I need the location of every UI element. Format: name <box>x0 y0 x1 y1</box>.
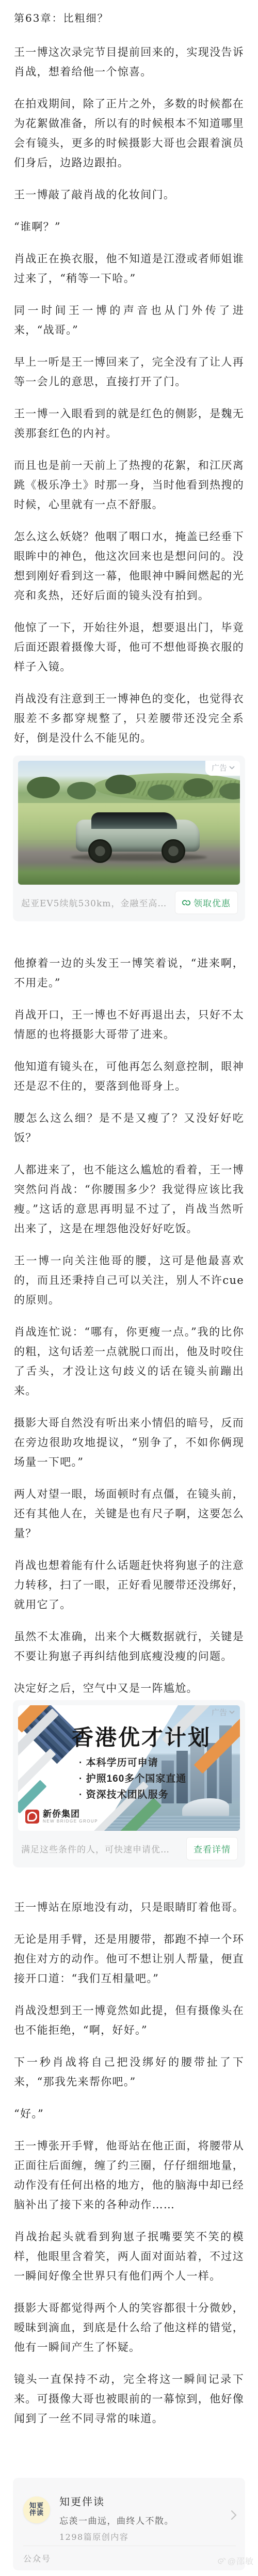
brand-name-en: NEW BRIDGE GROUP <box>43 1819 98 1824</box>
paragraph: “好。” <box>14 2104 244 2124</box>
watermark-swirl-icon <box>217 2557 226 2565</box>
story-block-a: 第63章：比粗细？ 王一博这次录完节目提前回来的，实现没告诉肖战，想着给他一个惊… <box>14 8 244 748</box>
chevron-down-icon <box>229 766 235 769</box>
paragraph: 王一博张开手臂，他哥站在他正面，将腰带从正面往后面缠，缠了约三圈，仔仔细细地量，… <box>14 2136 244 2214</box>
paragraph: 在拍戏期间，除了正片之外，多数的时候都在为花絮做准备，所以有的时候根本不知道哪里… <box>14 94 244 172</box>
paragraph: 肖战没想到王一博竟然如此提，但有摄像头在也不能拒绝，“啊，好好。” <box>14 2001 244 2040</box>
paragraph: 王一博敲了敲肖战的化妆间门。 <box>14 185 244 205</box>
divider <box>23 2546 236 2546</box>
chevron-right-icon[interactable] <box>231 2510 237 2520</box>
ad-label[interactable]: 广告 <box>205 1705 240 1720</box>
paragraph: 早上一听是王一博回来了，完全没有了让人再等一会儿的意思，直接打开了门。 <box>14 352 244 391</box>
account-avatar: 知更 伴读 <box>23 2496 50 2523</box>
paragraph: 他撩着一边的头发王一博笑着说，“进来啊，不用走。” <box>14 953 244 993</box>
paragraph: 他惊了一下，开始往外退，想要退出门，毕竟后面还跟着摄像大哥，他可不想他哥换衣服的… <box>14 618 244 677</box>
account-type-label: 公众号 <box>23 2552 51 2564</box>
get-coupon-label: 领取优惠 <box>193 896 231 909</box>
paragraph: 肖战也想着能有什么话题赶快将狗崽子的注意力转移，扫了一眼，正好看见腰带还没绑好，… <box>14 1556 244 1614</box>
account-description: 忘羡一曲远，曲终人不散。 <box>59 2514 236 2526</box>
account-name: 知更伴读 <box>59 2493 236 2508</box>
brand-logo: 新侨集团 NEW BRIDGE GROUP <box>25 1810 98 1824</box>
link-loop-icon <box>182 899 190 907</box>
paragraph: 决定好之后，空气中又是一阵尴尬。 <box>14 1678 244 1698</box>
paragraph: 同一时间王一博的声音也从门外传了进来，“战哥。” <box>14 301 244 340</box>
suv-car-graphic <box>76 810 200 857</box>
paragraph: 肖战连忙说：“哪有，你更瘦一点。”我的比你的粗，这句话差一点就脱口而出，他及时咬… <box>14 1322 244 1401</box>
paragraph-list: 王一博这次录完节目提前回来的，实现没告诉肖战，想着给他一个惊喜。在拍戏期间，除了… <box>14 42 244 748</box>
ad-hk-bullets: · 本科学历可申请· 护照160多个国家直通· 资深技术团队服务 <box>79 1755 186 1803</box>
paragraph-list: 他撩着一边的头发王一博笑着说，“进来啊，不用走。”肖战开口，王一博也不好再退出去… <box>14 953 244 1698</box>
ad-caption[interactable]: 满足这些条件的人，可快速申请优才… <box>21 1842 176 1855</box>
paragraph: 而且也是前一天前上了热搜的花絮，和江厌离跳《极乐净土》时那一身，当时他看到热搜的… <box>14 455 244 514</box>
bullet-item: · 资深技术团队服务 <box>79 1787 186 1803</box>
paragraph: 肖战正在换衣服，他不知道是江澄或者师姐谁过来了，“稍等一下哈。” <box>14 249 244 288</box>
chevron-down-icon <box>229 1710 235 1714</box>
ad-label-text: 广告 <box>212 1707 227 1718</box>
chapter-title: 第63章：比粗细？ <box>14 8 244 28</box>
ad-caption[interactable]: 起亚EV5续航530km，金融至高贴息… <box>21 896 175 909</box>
paragraph: 怎么这么妖娆？他咽了咽口水，掩盖已经垂下眼眸中的神色，他这次回来也是想问问的。没… <box>14 527 244 605</box>
view-details-label: 查看详情 <box>193 1842 231 1855</box>
ad-hk-title: 香港优才计划 <box>72 1721 211 1752</box>
paragraph: 镜头一直保持不动，完全将这一瞬间记录下来。可摄像大哥也被眼前的一幕惊到，他好像闻… <box>14 2369 244 2428</box>
paragraph: 两人对望一眼，场面顿时有点僵，在镜头前，还有其他人在，关键是也有尺子啊，这要怎么… <box>14 1484 244 1543</box>
paragraph: 无论是用手臂，还是用腰带，都跑不掉一个环抱住对方的动作。他可不想让别人帮量，便直… <box>14 1929 244 1988</box>
ad-hk-image[interactable]: 香港优才计划 · 本科学历可申请· 护照160多个国家直通· 资深技术团队服务 … <box>18 1705 240 1831</box>
paragraph: 下一秒肖战将自己把没绑好的腰带扯了下来，“那我先来帮你吧。” <box>14 2052 244 2092</box>
paragraph: 王一博一入眼看到的就是红色的侧影，是魏无羡那套红色的内衬。 <box>14 404 244 443</box>
paragraph: 王一博这次录完节目提前回来的，实现没告诉肖战，想着给他一个惊喜。 <box>14 42 244 82</box>
story-block-c: 王一博站在原地没有动，只是眼睛盯着他哥。无论是用手臂，还是用腰带，都跑不掉一个环… <box>14 1897 244 2428</box>
paragraph: 肖战没有注意到王一博神色的变化，也觉得衣服差不多都穿规整了，只差腰带还没完全系好… <box>14 689 244 748</box>
ad-label-text: 广告 <box>212 762 227 773</box>
ad-card-hongkong[interactable]: 香港优才计划 · 本科学历可申请· 护照160多个国家直通· 资深技术团队服务 … <box>13 1700 245 1867</box>
brand-name: 新侨集团 <box>43 1810 98 1819</box>
weibo-watermark: @邵敏 <box>217 2555 254 2567</box>
vineyard-graphic <box>118 780 240 798</box>
reader-page: { "chapter": { "title": "第63章：比粗细？" }, "… <box>0 0 258 2576</box>
ad-kia-image[interactable]: 广告 <box>18 761 240 885</box>
paragraph: 王一博站在原地没有动，只是眼睛盯着他哥。 <box>14 1897 244 1917</box>
paragraph: 虽然不太准确，出来个大概数据就行，关键是不要让狗崽子再纠结他到底瘦没瘦的问题。 <box>14 1627 244 1666</box>
bullet-item: · 本科学历可申请 <box>79 1755 186 1771</box>
view-details-button[interactable]: 查看详情 <box>186 1837 238 1860</box>
get-coupon-button[interactable]: 领取优惠 <box>175 891 238 914</box>
bullet-item: · 护照160多个国家直通 <box>79 1771 186 1787</box>
paragraph: 他知道有镜头在，可他再怎么刻意控制，眼神还是忍不住的，要落到他哥身上。 <box>14 1057 244 1096</box>
treeline-graphic <box>27 777 60 798</box>
paragraph-list: 王一博站在原地没有动，只是眼睛盯着他哥。无论是用手臂，还是用腰带，都跑不掉一个环… <box>14 1897 244 2428</box>
paragraph: 摄影大哥自然没有听出来小情侣的暗号，反而在旁边很助攻地提议，“别争了，不如你俩现… <box>14 1413 244 1472</box>
ad-card-kia[interactable]: 广告 起亚EV5续航530km，金融至高贴息… 领取优惠 <box>13 756 245 921</box>
paragraph: 肖战开口，王一博也不好再退出去，只好不太情愿的也将摄影大哥带了进来。 <box>14 1005 244 1044</box>
paragraph: 腰怎么这么细？是不是又瘦了？又没好好吃饭？ <box>14 1108 244 1148</box>
paragraph: 王一博一向关注他哥的腰，这可是他最喜欢的，而且还秉持自己可以关注，别人不许cue… <box>14 1251 244 1310</box>
paragraph: 肖战抬起头就看到狗崽子抿嘴要笑不笑的模样，他眼里含着笑，两人面对面站着，不过这一… <box>14 2227 244 2286</box>
paragraph: 摄影大哥都觉得两个人的笑容都很十分微妙，暧昧到滴血，到底是什么给了他这样的错觉，… <box>14 2298 244 2357</box>
story-block-b: 他撩着一边的头发王一博笑着说，“进来啊，不用走。”肖战开口，王一博也不好再退出去… <box>14 953 244 1698</box>
paragraph: 人都进来了，也不能这么尴尬的看着，王一博突然问肖战：“你腰围多少？我觉得应该比我… <box>14 1160 244 1238</box>
ad-label[interactable]: 广告 <box>205 761 240 776</box>
paragraph: “谁啊？” <box>14 217 244 237</box>
brand-logo-icon <box>25 1810 39 1824</box>
official-account-card[interactable]: 知更 伴读 知更伴读 忘羡一曲远，曲终人不散。 1298篇原创内容 公众号 <box>13 2478 245 2570</box>
account-meta: 1298篇原创内容 <box>59 2531 236 2542</box>
